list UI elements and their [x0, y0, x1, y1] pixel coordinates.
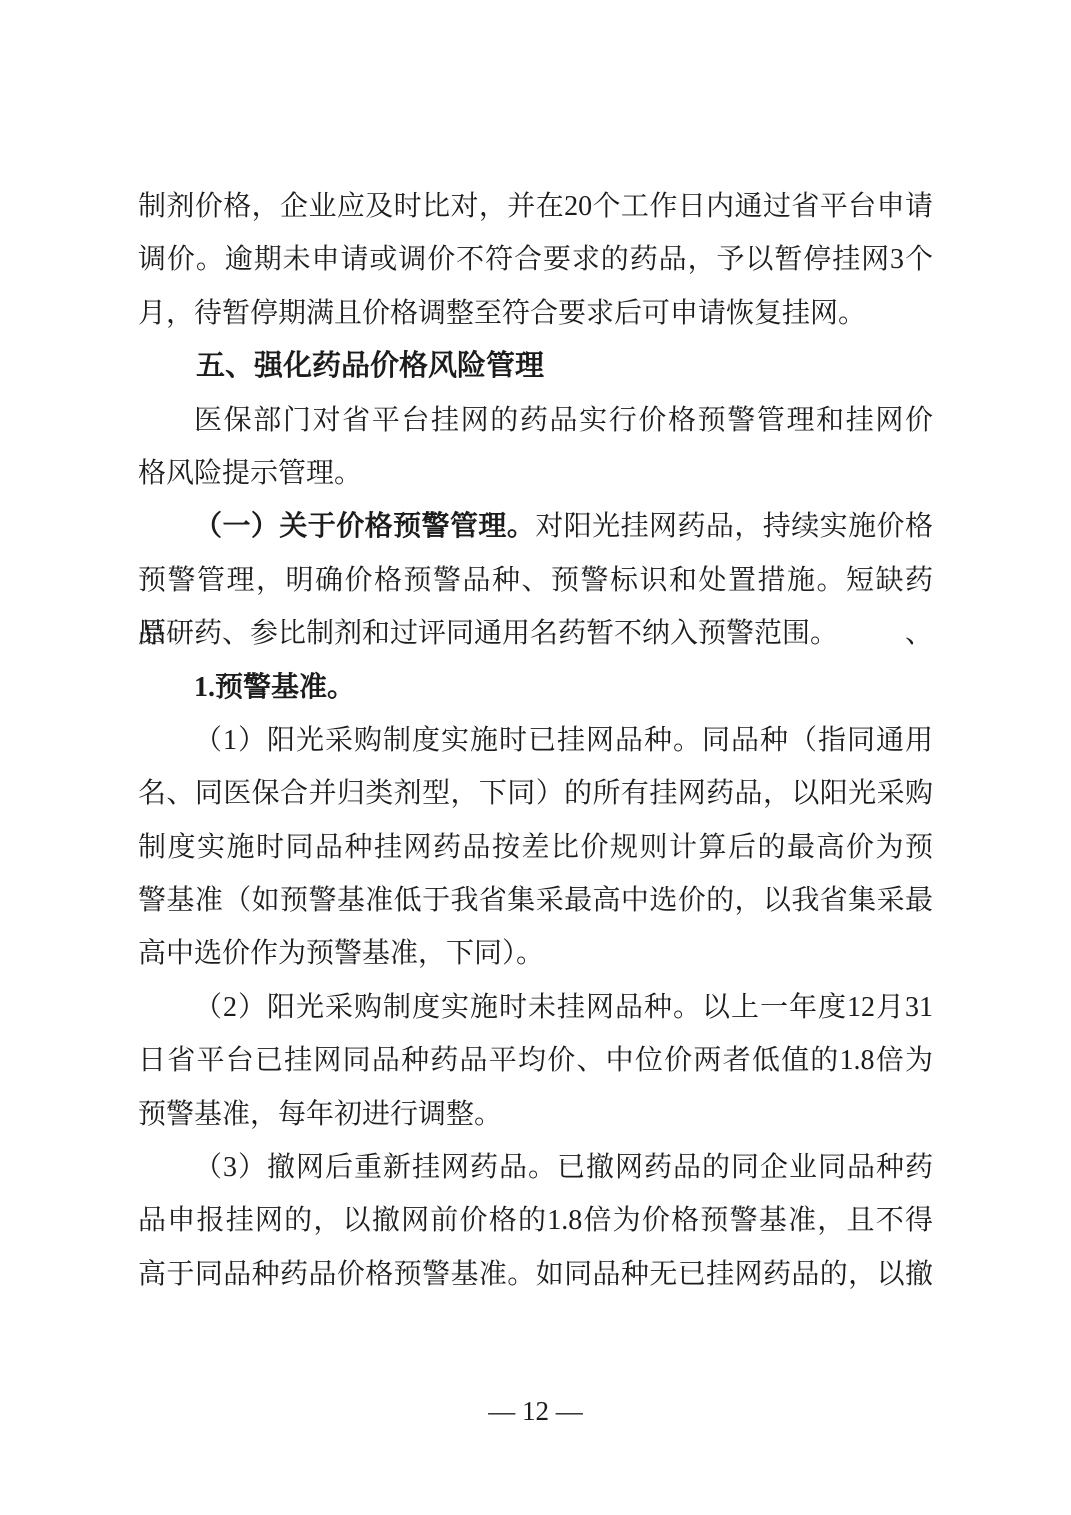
text-run: 格风险提示管理。 — [138, 458, 362, 489]
text-run: 高中选价作为预警基准，下同）。 — [138, 938, 544, 969]
text-line: 格风险提示管理。 — [138, 447, 933, 500]
page-number: — 12 — — [0, 1396, 1071, 1427]
text-run: （1）阳光采购制度实施时已挂网品种。同品种（指同通用 — [194, 725, 933, 756]
text-run: 高于同品种药品价格预警基准。如同品种无已挂网药品的，以撤 — [138, 1259, 933, 1290]
text-run: 月，待暂停期满且价格调整至符合要求后可申请恢复挂网。 — [138, 298, 866, 329]
text-line: 警基准（如预警基准低于我省集采最高中选价的，以我省集采最 — [138, 874, 933, 927]
text-line: 预警管理，明确价格预警品种、预警标识和处置措施。短缺药品、 — [138, 554, 933, 607]
bold-run: （一）关于价格预警管理。 — [194, 511, 535, 542]
text-line: 名、同医保合并归类剂型，下同）的所有挂网药品，以阳光采购 — [138, 767, 933, 820]
text-line: 品申报挂网的，以撤网前价格的1.8倍为价格预警基准，且不得 — [138, 1194, 933, 1247]
document-body: 制剂价格，企业应及时比对，并在20个工作日内通过省平台申请 调价。逾期未申请或调… — [138, 180, 933, 1301]
text-line: 高中选价作为预警基准，下同）。 — [138, 927, 933, 980]
text-run: 日省平台已挂网同品种药品平均价、中位价两者低值的1.8倍为 — [138, 1045, 933, 1076]
section-heading: 五、强化药品价格风险管理 — [138, 340, 933, 393]
text-line: 预警基准，每年初进行调整。 — [138, 1088, 933, 1141]
text-line: 高于同品种药品价格预警基准。如同品种无已挂网药品的，以撤 — [138, 1248, 933, 1301]
heading-text: 五、强化药品价格风险管理 — [196, 350, 544, 382]
text-line: （2）阳光采购制度实施时未挂网品种。以上一年度12月31 — [138, 981, 933, 1034]
text-line: 原研药、参比制剂和过评同通用名药暂不纳入预警范围。 — [138, 607, 933, 660]
text-run: 调价。逾期未申请或调价不符合要求的药品，予以暂停挂网3个 — [138, 244, 933, 275]
text-line: 月，待暂停期满且价格调整至符合要求后可申请恢复挂网。 — [138, 287, 933, 340]
text-run: 制度实施时同品种挂网药品按差比价规则计算后的最高价为预 — [138, 832, 933, 863]
heading-text: 1.预警基准。 — [194, 672, 355, 703]
text-run: （2）阳光采购制度实施时未挂网品种。以上一年度12月31 — [194, 992, 933, 1023]
document-page: 制剂价格，企业应及时比对，并在20个工作日内通过省平台申请 调价。逾期未申请或调… — [0, 0, 1071, 1515]
text-line: 制剂价格，企业应及时比对，并在20个工作日内通过省平台申请 — [138, 180, 933, 233]
text-run: 医保部门对省平台挂网的药品实行价格预警管理和挂网价 — [194, 405, 933, 436]
text-run: 警基准（如预警基准低于我省集采最高中选价的，以我省集采最 — [138, 885, 933, 916]
text-line: （3）撤网后重新挂网药品。已撤网药品的同企业同品种药 — [138, 1141, 933, 1194]
text-line: （一）关于价格预警管理。对阳光挂网药品，持续实施价格 — [138, 500, 933, 553]
text-line: （1）阳光采购制度实施时已挂网品种。同品种（指同通用 — [138, 714, 933, 767]
sub-heading: 1.预警基准。 — [138, 661, 933, 714]
text-line: 调价。逾期未申请或调价不符合要求的药品，予以暂停挂网3个 — [138, 233, 933, 286]
text-run: 预警基准，每年初进行调整。 — [138, 1099, 502, 1130]
text-line: 日省平台已挂网同品种药品平均价、中位价两者低值的1.8倍为 — [138, 1034, 933, 1087]
text-run: （3）撤网后重新挂网药品。已撤网药品的同企业同品种药 — [194, 1152, 933, 1183]
text-run: 名、同医保合并归类剂型，下同）的所有挂网药品，以阳光采购 — [138, 778, 933, 809]
text-run: 对阳光挂网药品，持续实施价格 — [535, 511, 933, 542]
text-run: 品申报挂网的，以撤网前价格的1.8倍为价格预警基准，且不得 — [138, 1205, 933, 1236]
text-run: 制剂价格，企业应及时比对，并在20个工作日内通过省平台申请 — [138, 191, 933, 222]
text-line: 制度实施时同品种挂网药品按差比价规则计算后的最高价为预 — [138, 821, 933, 874]
text-line: 医保部门对省平台挂网的药品实行价格预警管理和挂网价 — [138, 394, 933, 447]
text-run: 原研药、参比制剂和过评同通用名药暂不纳入预警范围。 — [138, 618, 838, 649]
